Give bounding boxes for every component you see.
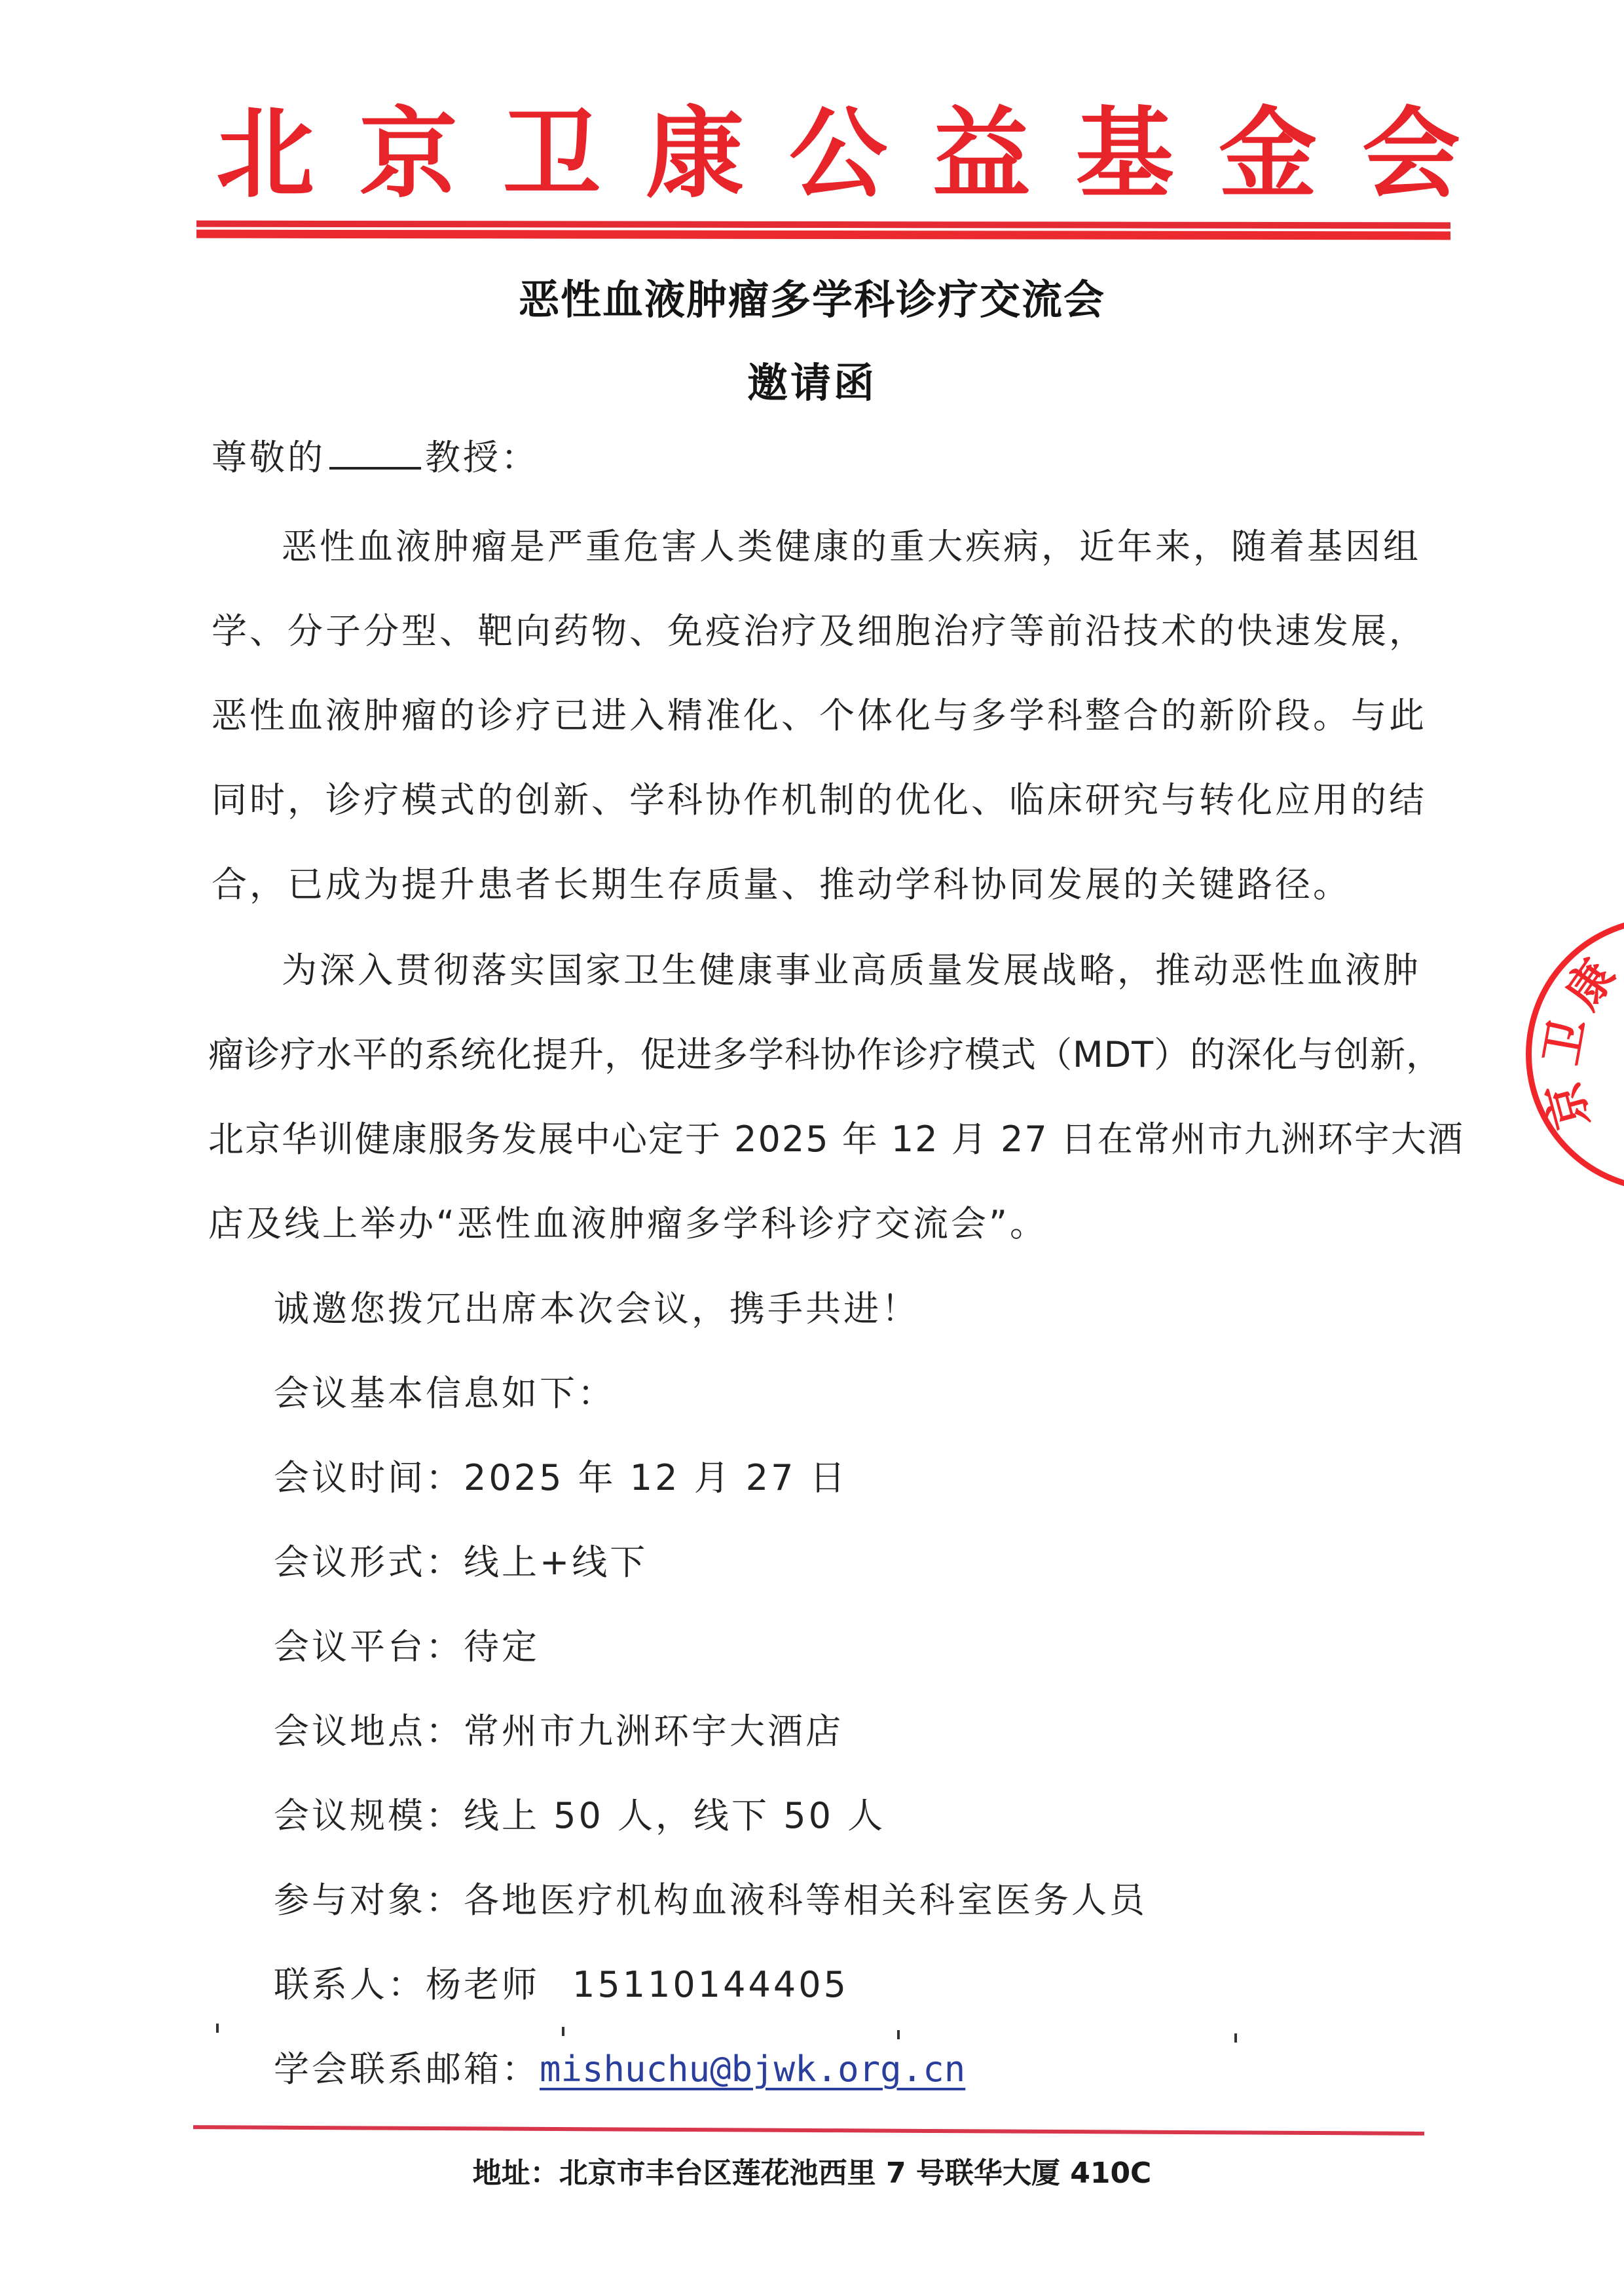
- meeting-platform-value: 待定: [464, 1626, 540, 1667]
- scan-speck: [897, 2030, 900, 2039]
- meeting-audience-label: 参与对象：: [274, 1879, 464, 1921]
- letterhead-char: 益: [932, 105, 1031, 203]
- seal-char: 卫: [1524, 1012, 1598, 1069]
- meeting-contact: 联系人：杨老师15110144405: [274, 1967, 849, 2003]
- seal-char: 康: [1547, 944, 1624, 1020]
- scan-speck: [216, 2024, 219, 2033]
- meeting-scale-value: 线上 50 人，线下 50 人: [464, 1795, 885, 1836]
- meeting-audience: 参与对象：各地医疗机构血液科等相关科室医务人员: [274, 1883, 1147, 1918]
- paragraph-line: 北京华训健康服务发展中心定于 2025 年 12 月 27 日在常州市九洲环宇大…: [208, 1122, 1464, 1157]
- meeting-audience-value: 各地医疗机构血液科等相关科室医务人员: [464, 1879, 1147, 1921]
- salutation-suffix: 教授：: [425, 437, 539, 478]
- meeting-location-label: 会议地点：: [274, 1711, 464, 1752]
- meeting-format-value: 线上+线下: [464, 1542, 648, 1583]
- paragraph-line: 同时，诊疗模式的创新、学科协作机制的优化、临床研究与转化应用的结: [212, 783, 1427, 818]
- meeting-scale: 会议规模：线上 50 人，线下 50 人: [274, 1798, 885, 1834]
- meeting-location-value: 常州市九洲环宇大酒店: [464, 1711, 843, 1752]
- contact-name: 杨老师: [426, 1964, 540, 2005]
- meeting-time: 会议时间：2025 年 12 月 27 日: [274, 1460, 848, 1496]
- meeting-time-label: 会议时间：: [274, 1457, 464, 1498]
- contact-label: 联系人：: [274, 1964, 426, 2005]
- salutation: 尊敬的教授：: [212, 440, 539, 475]
- letterhead-char: 基: [1075, 105, 1173, 203]
- letterhead-char: 会: [1362, 105, 1460, 203]
- meeting-email: 学会联系邮箱：mishuchu@bjwk.org.cn: [274, 2052, 965, 2087]
- meeting-format: 会议形式：线上+线下: [274, 1545, 648, 1580]
- meeting-platform: 会议平台：待定: [274, 1629, 540, 1665]
- meeting-format-label: 会议形式：: [274, 1542, 464, 1583]
- letterhead-char: 北: [216, 105, 314, 203]
- letterhead-char: 康: [646, 105, 744, 203]
- letterhead-char: 金: [1219, 105, 1317, 203]
- paragraph-line: 学、分子分型、靶向药物、免疫治疗及细胞治疗等前沿技术的快速发展，: [212, 614, 1427, 649]
- meeting-platform-label: 会议平台：: [274, 1626, 464, 1667]
- invitation-sentence: 诚邀您拨冗出席本次会议，携手共进！: [274, 1291, 919, 1327]
- meeting-scale-label: 会议规模：: [274, 1795, 464, 1836]
- paragraph-line: 为深入贯彻落实国家卫生健康事业高质量发展战略，推动恶性血液肿: [282, 953, 1421, 988]
- document-title: 恶性血液肿瘤多学科诊疗交流会: [0, 267, 1624, 325]
- contact-phone: 15110144405: [572, 1964, 849, 2005]
- meeting-time-value: 2025 年 12 月 27 日: [464, 1457, 848, 1498]
- email-label: 学会联系邮箱：: [274, 2048, 540, 2090]
- seal-char: 京: [1526, 1076, 1602, 1138]
- official-seal-stamp: 康 卫 京: [1526, 917, 1624, 1192]
- paragraph-line: 店及线上举办“恶性血液肿瘤多学科诊疗交流会”。: [208, 1206, 1048, 1242]
- info-heading: 会议基本信息如下：: [274, 1376, 616, 1411]
- letterhead-char: 公: [789, 105, 887, 203]
- letterhead-divider-thick: [196, 230, 1450, 240]
- letterhead-org-name: 北 京 卫 康 公 益 基 金 会: [216, 98, 1460, 210]
- paragraph-line: 瘤诊疗水平的系统化提升，促进多学科协作诊疗模式（MDT）的深化与创新，: [208, 1037, 1442, 1073]
- scan-speck: [562, 2027, 564, 2036]
- letterhead-char: 卫: [502, 105, 600, 203]
- salutation-prefix: 尊敬的: [212, 437, 325, 478]
- document-subtitle: 邀请函: [0, 350, 1624, 409]
- footer-divider: [193, 2125, 1424, 2136]
- paragraph-line: 恶性血液肿瘤的诊疗已进入精准化、个体化与多学科整合的新阶段。与此: [212, 698, 1427, 733]
- footer-address: 地址：北京市丰台区莲花池西里 7 号联华大厦 410C: [0, 2149, 1624, 2191]
- email-link[interactable]: mishuchu@bjwk.org.cn: [540, 2048, 965, 2090]
- name-blank: [329, 441, 421, 470]
- letterhead-char: 京: [360, 105, 458, 203]
- paragraph-line: 恶性血液肿瘤是严重危害人类健康的重大疾病，近年来，随着基因组: [282, 529, 1437, 565]
- letterhead-divider-thin: [196, 221, 1450, 229]
- paragraph-line: 合，已成为提升患者长期生存质量、推动学科协同发展的关键路径。: [212, 867, 1351, 902]
- meeting-location: 会议地点：常州市九洲环宇大酒店: [274, 1714, 843, 1749]
- scan-speck: [1234, 2033, 1237, 2043]
